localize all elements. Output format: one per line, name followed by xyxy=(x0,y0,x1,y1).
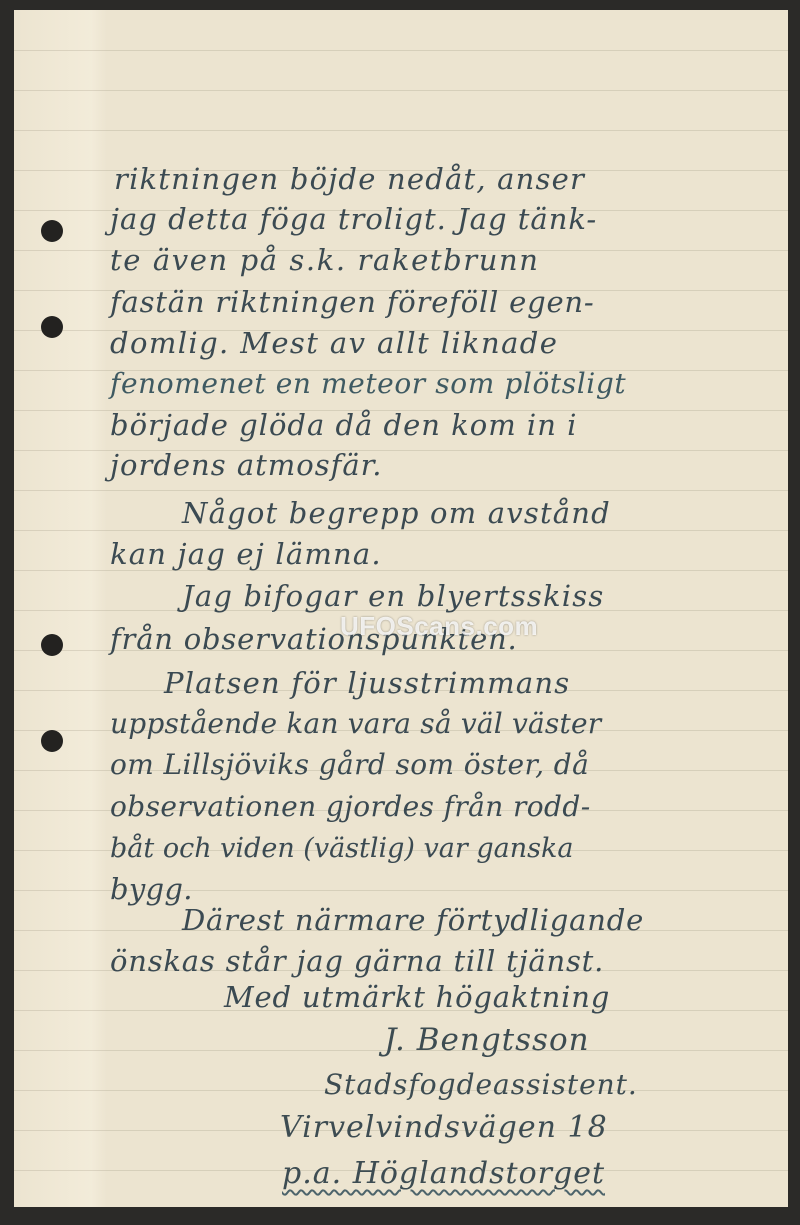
text-line: fenomenet en meteor som plötsligt xyxy=(110,367,626,401)
text-line: fastän riktningen föreföll egen- xyxy=(110,285,595,319)
signature-address-location: p.a. Höglandstorget xyxy=(282,1156,605,1191)
signature-name: J. Bengtsson xyxy=(384,1022,590,1058)
signature-address-street: Virvelvindsvägen 18 xyxy=(280,1110,608,1145)
text-line: jag detta föga troligt. Jag tänk- xyxy=(110,202,597,236)
watermark: UFOScans.com xyxy=(340,611,538,642)
text-line: Platsen för ljusstrimmans xyxy=(164,666,570,700)
signature-title: Stadsfogdeassistent. xyxy=(324,1068,638,1101)
text-line: båt och viden (västlig) var ganska xyxy=(110,832,573,866)
punch-hole xyxy=(41,634,63,656)
text-line: domlig. Mest av allt liknade xyxy=(110,326,558,360)
text-line: te även på s.k. raketbrunn xyxy=(110,243,540,277)
text-line: Med utmärkt högaktning xyxy=(224,980,610,1014)
text-line: riktningen böjde nedåt, anser xyxy=(114,162,585,196)
text-line: Något begrepp om avstånd xyxy=(182,496,611,530)
text-line: observationen gjordes från rodd- xyxy=(110,790,591,824)
text-line: om Lillsjöviks gård som öster, då xyxy=(110,748,589,782)
text-line: önskas står jag gärna till tjänst. xyxy=(110,944,604,978)
text-line: Jag bifogar en blyertsskiss xyxy=(182,579,604,613)
punch-hole xyxy=(41,220,63,242)
text-line: jordens atmosfär. xyxy=(110,448,383,482)
text-line: kan jag ej lämna. xyxy=(110,537,382,571)
text-line: Därest närmare förtydligande xyxy=(182,903,644,937)
text-line: bygg. xyxy=(110,872,193,906)
text-line: började glöda då den kom in i xyxy=(110,408,577,442)
letter-page: riktningen böjde nedåt, anser jag detta … xyxy=(14,10,788,1207)
text-line: uppstående kan vara så väl väster xyxy=(110,707,601,741)
punch-hole xyxy=(41,316,63,338)
punch-hole xyxy=(41,730,63,752)
